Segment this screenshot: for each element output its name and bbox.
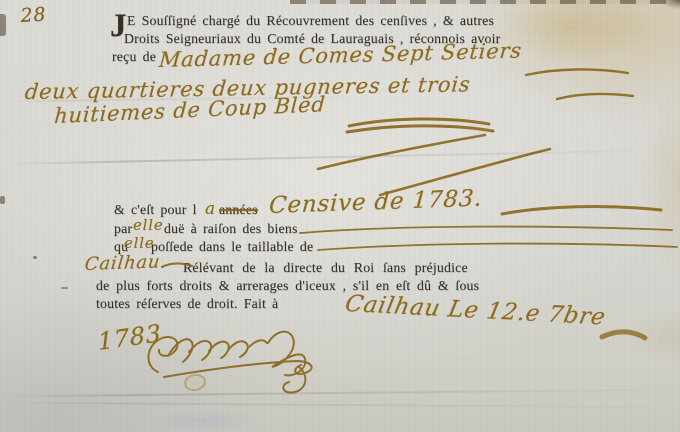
printed-struck-word: années	[219, 202, 258, 217]
document-page: 28 J E Souſſigné chargé du Récouvrement …	[0, 0, 680, 432]
ring-stain	[183, 372, 208, 393]
torn-edge-marks	[290, 0, 680, 4]
paper-speck	[33, 256, 37, 259]
flourish-after-taillable	[318, 244, 677, 250]
flourish-after-date	[602, 332, 645, 338]
paper-speck	[61, 287, 68, 289]
printed-possede-clause: poſſede dans le taillable de	[151, 239, 313, 254]
printed-clause-prefix: & c'eſt pour l	[114, 202, 197, 217]
flourish-under-bled-1	[349, 119, 489, 126]
hw-inserted-elle-2: elle	[124, 234, 155, 252]
printed-droits-clause: de plus forts droits & arrerages d'iceux…	[96, 278, 479, 293]
printed-due-clause: duë à raiſon des biens	[164, 221, 298, 236]
fold-crease	[0, 388, 680, 397]
fold-crease	[0, 149, 680, 165]
flourish-after-recipient	[526, 69, 628, 75]
hw-inserted-elle-1: elle	[133, 216, 164, 234]
flourish-after-biens	[300, 227, 672, 233]
printed-relevant-clause: Rélévant de la directe du Roi ſans préju…	[183, 260, 468, 275]
blue-tint-stain	[148, 410, 258, 432]
corner-stain	[662, 0, 680, 9]
hw-inserted-a: a	[205, 199, 216, 219]
edge-speck	[0, 196, 5, 204]
signature-letters	[148, 337, 267, 372]
printed-reserves-clause: toutes réſerves de droit. Fait à	[96, 296, 278, 311]
flourish-diagonal-1	[318, 135, 485, 169]
printed-line-1: E Souſſigné chargé du Récouvrement des c…	[127, 13, 494, 28]
flourish-after-quantity2	[557, 94, 633, 99]
signature	[148, 332, 311, 393]
flourish-under-bled-2	[347, 126, 493, 132]
hw-place-margin: Cailhau	[84, 251, 162, 275]
hw-date-place: Cailhau Le 12.e 7bre	[343, 291, 608, 330]
fold-crease	[0, 402, 680, 409]
printed-line-3: reçu de	[112, 49, 156, 64]
flourish-after-censive	[502, 207, 661, 214]
hw-year-bottom: 1783	[97, 319, 163, 356]
edge-speck	[0, 14, 6, 36]
hw-censive-year: Censive de 1783.	[268, 186, 483, 220]
signature-tall-flourish	[268, 332, 305, 376]
archive-number: 28	[20, 4, 47, 27]
